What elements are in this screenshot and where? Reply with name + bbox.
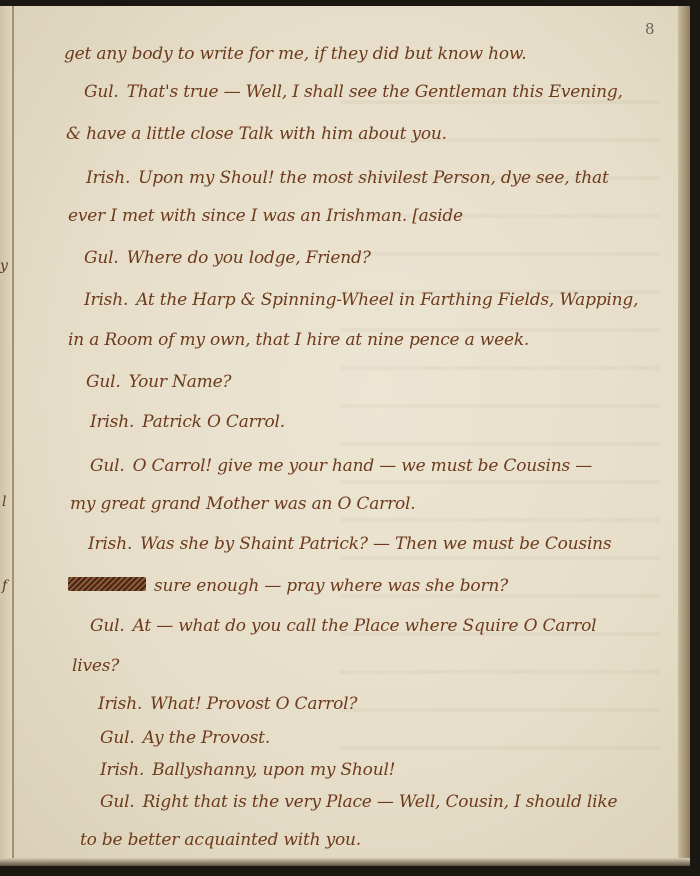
- continuation-line: my great grand Mother was an O Carrol.: [70, 494, 415, 514]
- speaker-name: Gul.: [84, 248, 119, 268]
- line-text: lives?: [72, 656, 119, 676]
- line-text: At the Harp & Spinning-Wheel in Farthing…: [136, 290, 638, 310]
- speaker-name: Gul.: [90, 456, 125, 476]
- continuation-line: get any body to write for me, if they di…: [64, 44, 526, 64]
- line-text: to be better acquainted with you.: [80, 830, 361, 850]
- dialogue-line: Gul.At — what do you call the Place wher…: [90, 616, 596, 636]
- dialogue-line: Irish.Upon my Shoul! the most shivilest …: [86, 168, 609, 188]
- page-right-edge: [678, 6, 690, 866]
- line-text: & have a little close Talk with him abou…: [66, 124, 447, 144]
- page-bottom-edge: [0, 858, 690, 866]
- line-text: At — what do you call the Place where Sq…: [133, 616, 597, 636]
- dialogue-line: Gul.That's true — Well, I shall see the …: [84, 82, 623, 102]
- line-text: Right that is the very Place — Well, Cou…: [143, 792, 618, 812]
- dialogue-line: Gul.Where do you lodge, Friend?: [84, 248, 371, 268]
- line-text: Where do you lodge, Friend?: [127, 248, 371, 268]
- gutter-binding-line: [12, 6, 14, 866]
- speaker-name: Irish.: [100, 760, 144, 780]
- speaker-name: Gul.: [100, 792, 135, 812]
- speaker-name: Gul.: [84, 82, 119, 102]
- line-text: Patrick O Carrol.: [142, 412, 285, 432]
- speaker-name: Irish.: [86, 168, 130, 188]
- manuscript-page: 8 get any body to write for me, if they …: [0, 6, 690, 866]
- line-text: O Carrol! give me your hand — we must be…: [133, 456, 592, 476]
- line-text: sure enough — pray where was she born?: [154, 576, 508, 596]
- dialogue-line: Gul.Your Name?: [86, 372, 231, 392]
- continuation-line: to be better acquainted with you.: [80, 830, 361, 850]
- margin-mark: f: [2, 578, 7, 594]
- dialogue-line: Gul.Ay the Provost.: [100, 728, 270, 748]
- line-text: Upon my Shoul! the most shivilest Person…: [138, 168, 608, 188]
- line-text: ever I met with since I was an Irishman.…: [68, 206, 463, 226]
- dialogue-line: Irish.Ballyshanny, upon my Shoul!: [100, 760, 395, 780]
- line-text: What! Provost O Carrol?: [150, 694, 357, 714]
- speaker-name: Gul.: [86, 372, 121, 392]
- continuation-line: in a Room of my own, that I hire at nine…: [68, 330, 529, 350]
- line-text: Your Name?: [129, 372, 232, 392]
- line-text: in a Room of my own, that I hire at nine…: [68, 330, 529, 350]
- line-text: Ay the Provost.: [143, 728, 270, 748]
- speaker-name: Irish.: [90, 412, 134, 432]
- struck-through-word: [68, 577, 146, 591]
- speaker-name: Gul.: [100, 728, 135, 748]
- line-text: my great grand Mother was an O Carrol.: [70, 494, 415, 514]
- dialogue-line: Irish.At the Harp & Spinning-Wheel in Fa…: [84, 290, 638, 310]
- page-number: 8: [645, 20, 655, 38]
- dialogue-line: Irish.Was she by Shaint Patrick? — Then …: [88, 534, 611, 554]
- line-text: That's true — Well, I shall see the Gent…: [127, 82, 623, 102]
- dialogue-line: Gul.Right that is the very Place — Well,…: [100, 792, 617, 812]
- margin-mark: l: [2, 494, 6, 510]
- continuation-line: ever I met with since I was an Irishman.…: [68, 206, 463, 226]
- speaker-name: Gul.: [90, 616, 125, 636]
- continuation-line: lives?: [72, 656, 119, 676]
- speaker-name: Irish.: [84, 290, 128, 310]
- speaker-name: Irish.: [98, 694, 142, 714]
- dialogue-line: Irish.Patrick O Carrol.: [90, 412, 285, 432]
- dialogue-line: Gul.O Carrol! give me your hand — we mus…: [90, 456, 592, 476]
- line-text: Was she by Shaint Patrick? — Then we mus…: [140, 534, 611, 554]
- continuation-line: sure enough — pray where was she born?: [68, 576, 508, 596]
- line-text: get any body to write for me, if they di…: [64, 44, 526, 64]
- speaker-name: Irish.: [88, 534, 132, 554]
- line-text: Ballyshanny, upon my Shoul!: [152, 760, 395, 780]
- margin-mark: y: [0, 258, 8, 274]
- continuation-line: & have a little close Talk with him abou…: [66, 124, 447, 144]
- dialogue-line: Irish.What! Provost O Carrol?: [98, 694, 357, 714]
